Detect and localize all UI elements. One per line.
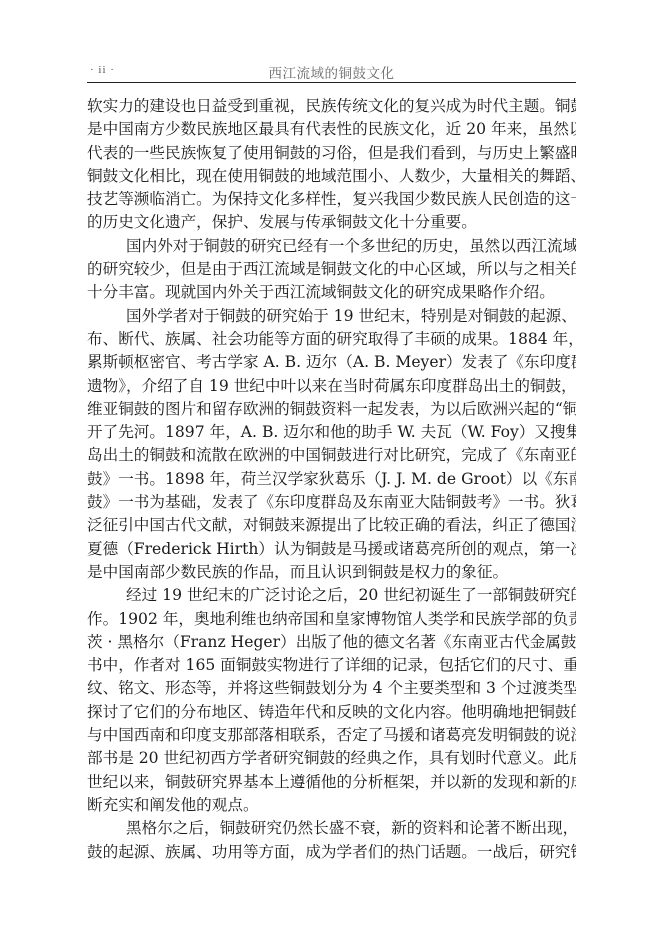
text-line: 是中国南部少数民族的作品，而且认识到铜鼓是权力的象征。 [87, 561, 576, 584]
text-line: 与中国西南和印度支那部落相联系，否定了马援和诸葛亮发明铜鼓的说法。这 [87, 724, 576, 747]
text-line: 铜鼓文化相比，现在使用铜鼓的地域范围小、人数少，大量相关的舞蹈、歌谣、 [87, 165, 576, 188]
paragraph: 黑格尔之后，铜鼓研究仍然长盛不衰，新的资料和论著不断出现，有关铜 鼓的起源、族属… [87, 817, 576, 864]
text-line: 开了先河。1897 年，A. B. 迈尔和他的助手 W. 夫瓦（W. Foy）又… [87, 421, 576, 444]
paragraph: 经过 19 世纪末的广泛讨论之后，20 世纪初诞生了一部铜鼓研究的集大成之 作。… [87, 584, 576, 817]
text-line: 遗物》，介绍了自 19 世纪中叶以来在当时荷属东印度群岛出土的铜鼓，将巴达 [87, 375, 576, 398]
text-line: 鼓的起源、族属、功用等方面，成为学者们的热门话题。一战后，研究铜鼓的 [87, 841, 576, 864]
page-header: · ii · 西江流域的铜鼓文化 [87, 60, 576, 82]
text-line: 的研究较少，但是由于西江流域是铜鼓文化的中心区域，所以与之相关的成果 [87, 258, 576, 281]
text-line: 代表的一些民族恢复了使用铜鼓的习俗，但是我们看到，与历史上繁盛时期的 [87, 142, 576, 165]
paragraph: 国内外对于铜鼓的研究已经有一个多世纪的历史，虽然以西江流域为视角 的研究较少，但… [87, 235, 576, 305]
text-line: 茨 · 黑格尔（Franz Heger）出版了他的德文名著《东南亚古代金属鼓》。… [87, 631, 576, 654]
text-line: 国外学者对于铜鼓的研究始于 19 世纪末，特别是对铜鼓的起源、类型、分 [87, 305, 576, 328]
paragraph: 国外学者对于铜鼓的研究始于 19 世纪末，特别是对铜鼓的起源、类型、分 布、断代… [87, 305, 576, 585]
text-line: 经过 19 世纪末的广泛讨论之后，20 世纪初诞生了一部铜鼓研究的集大成之 [87, 584, 576, 607]
running-title: 西江流域的铜鼓文化 [87, 62, 576, 82]
text-line: 累斯顿枢密官、考古学家 A. B. 迈尔（A. B. Meyer）发表了《东印度… [87, 351, 576, 374]
paragraph: 软实力的建设也日益受到重视，民族传统文化的复兴成为时代主题。铜鼓文化 是中国南方… [87, 95, 576, 235]
text-line: 岛出土的铜鼓和流散在欧洲的中国铜鼓进行对比研究，完成了《东南亚的青铜 [87, 444, 576, 467]
text-line: 部书是 20 世纪初西方学者研究铜鼓的经典之作，具有划时代意义。此后近一个 [87, 747, 576, 770]
text-line: 鼓》一书。1898 年，荷兰汉学家狄葛乐（J. J. M. de Groot）以… [87, 468, 576, 491]
text-line: 是中国南方少数民族地区最具有代表性的民族文化，近 20 年来，虽然以壮族为 [87, 118, 576, 141]
text-line: 鼓》一书为基础，发表了《东印度群岛及东南亚大陆铜鼓考》一书。狄葛乐广 [87, 491, 576, 514]
text-line: 夏德（Frederick Hirth）认为铜鼓是马援或诸葛亮所创的观点，第一次证… [87, 538, 576, 561]
text-line: 世纪以来，铜鼓研究界基本上遵循他的分析框架，并以新的发现和新的成果不 [87, 771, 576, 794]
text-line: 十分丰富。现就国内外关于西江流域铜鼓文化的研究成果略作介绍。 [87, 281, 576, 304]
text-line: 维亚铜鼓的图片和留存欧洲的铜鼓资料一起发表，为以后欧洲兴起的“铜鼓热” [87, 398, 576, 421]
text-line: 探讨了它们的分布地区、铸造年代和反映的文化内容。他明确地把铜鼓的起源 [87, 701, 576, 724]
text-line: 技艺等濒临消亡。为保持文化多样性，复兴我国少数民族人民创造的这一珍贵 [87, 188, 576, 211]
text-line: 断充实和阐发他的观点。 [87, 794, 576, 817]
text-line: 国内外对于铜鼓的研究已经有一个多世纪的历史，虽然以西江流域为视角 [87, 235, 576, 258]
text-line: 的历史文化遗产，保护、发展与传承铜鼓文化十分重要。 [87, 211, 576, 234]
header-rule [87, 82, 576, 83]
text-line: 纹、铭文、形态等，并将这些铜鼓划分为 4 个主要类型和 3 个过渡类型，分别 [87, 677, 576, 700]
text-line: 黑格尔之后，铜鼓研究仍然长盛不衰，新的资料和论著不断出现，有关铜 [87, 817, 576, 840]
text-line: 泛征引中国古代文献，对铜鼓来源提出了比较正确的看法，纠正了德国汉学家 [87, 514, 576, 537]
text-line: 软实力的建设也日益受到重视，民族传统文化的复兴成为时代主题。铜鼓文化 [87, 95, 576, 118]
text-line: 书中，作者对 165 面铜鼓实物进行了详细的记录，包括它们的尺寸、重量、花 [87, 654, 576, 677]
text-line: 布、断代、族属、社会功能等方面的研究取得了丰硕的成果。1884 年，德国德 [87, 328, 576, 351]
body-text: 软实力的建设也日益受到重视，民族传统文化的复兴成为时代主题。铜鼓文化 是中国南方… [87, 95, 576, 864]
text-line: 作。1902 年，奥地利维也纳帝国和皇家博物馆人类学和民族学部的负责人弗朗 [87, 608, 576, 631]
